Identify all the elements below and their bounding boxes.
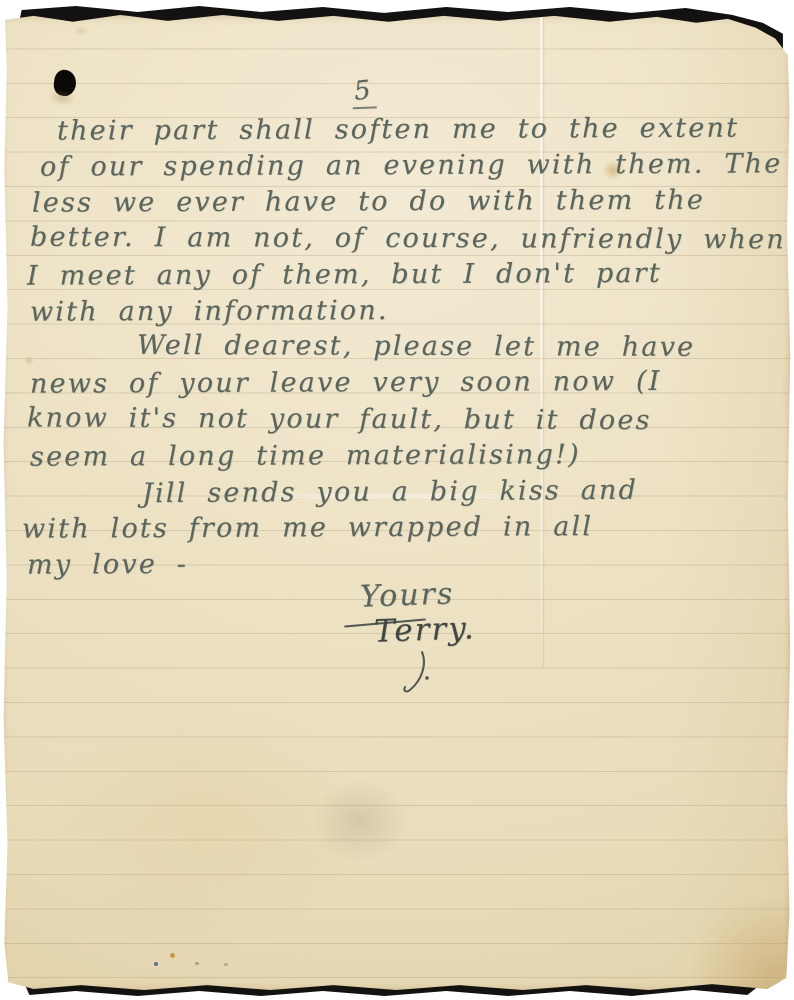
- paper-speck: [195, 962, 199, 965]
- handwritten-line: with lots from me wrapped in all: [22, 509, 777, 548]
- letter-scan: 5 their part shall soften me to the exte…: [0, 0, 794, 1000]
- signature-flourish: [400, 650, 434, 696]
- handwritten-line: of our spending an evening with them. Th…: [40, 147, 777, 186]
- edge-speck: [0, 93, 4, 98]
- paper-speck: [170, 953, 175, 958]
- ink-show-through-smudge: [312, 778, 408, 864]
- signature: Terry.: [373, 610, 476, 650]
- hole-punch-mark: [52, 69, 77, 98]
- edge-speck: [0, 102, 3, 106]
- paper-speck: [154, 962, 158, 966]
- handwritten-line: know it's not your fault, but it does: [27, 400, 777, 439]
- stain: [661, 870, 794, 1000]
- handwritten-line: I meet any of them, but I don't part: [27, 255, 777, 294]
- edge-speck: [0, 924, 4, 929]
- handwritten-line: better. I am not, of course, unfriendly …: [30, 219, 777, 258]
- letter-body: their part shall soften me to the extent…: [32, 112, 777, 583]
- letter-page: 5 their part shall soften me to the exte…: [2, 12, 791, 992]
- handwritten-line: news of your leave very soon now (I: [30, 364, 777, 403]
- handwritten-line: Jill sends you a big kiss and: [142, 472, 777, 513]
- page-number: 5: [352, 75, 372, 107]
- handwritten-line: with any information.: [30, 291, 777, 330]
- handwritten-line: their part shall soften me to the extent: [57, 110, 777, 149]
- handwritten-line: seem a long time materialising!): [30, 436, 777, 475]
- letter-closing: Yours: [359, 576, 454, 614]
- paper-speck: [224, 963, 228, 966]
- stain: [74, 26, 88, 36]
- handwritten-line: Well dearest, please let me have: [137, 328, 777, 366]
- handwritten-line: less we ever have to do with them the: [32, 183, 777, 222]
